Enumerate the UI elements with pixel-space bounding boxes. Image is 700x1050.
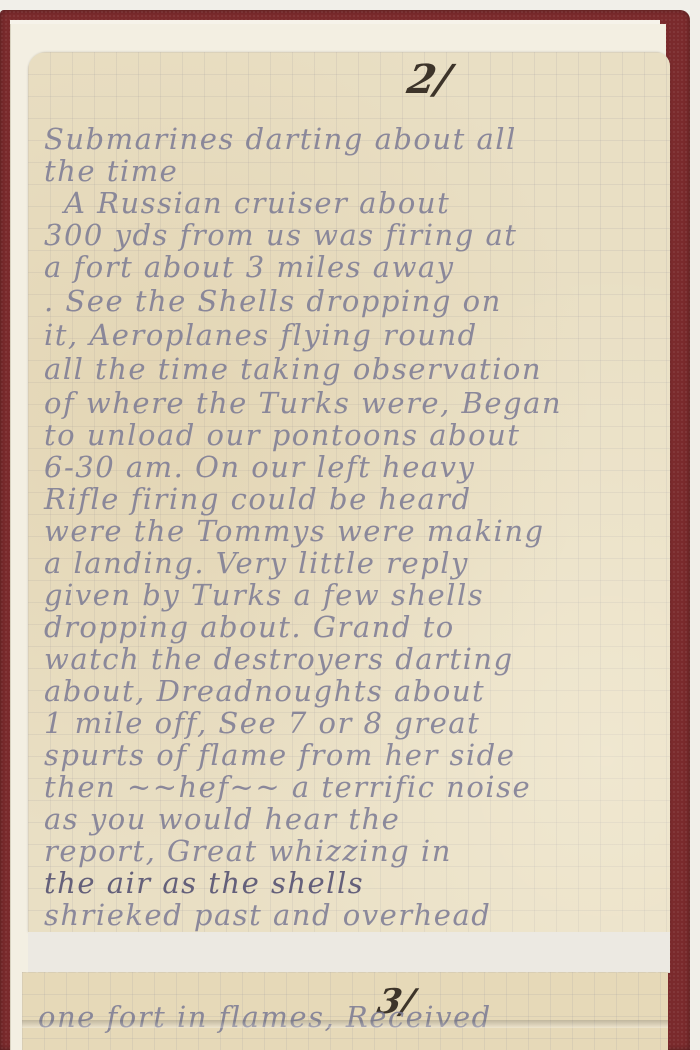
diary-line: Submarines darting about all (44, 122, 660, 156)
diary-line: then ~~hef~~ a terrific noise (44, 770, 660, 804)
diary-line: were the Tommys were making (44, 514, 660, 548)
diary-line: 1 mile off, See 7 or 8 great (44, 706, 660, 740)
diary-line: about, Dreadnoughts about (44, 674, 660, 708)
diary-page-3: 3/ one fort in flames, Received (22, 972, 668, 1050)
diary-line: it, Aeroplanes flying round (44, 318, 660, 352)
diary-line: the air as the shells (44, 866, 660, 900)
diary-line: shrieked past and overhead (44, 898, 660, 932)
diary-line: given by Turks a few shells (44, 578, 660, 612)
diary-line: dropping about. Grand to (44, 610, 660, 644)
diary-line: watch the destroyers darting (44, 642, 660, 676)
diary-line: all the time taking observation (44, 352, 660, 386)
diary-page-2: 2/ Submarines darting about all the time… (28, 52, 670, 932)
perforated-edge (22, 972, 668, 976)
diary-line: a landing. Very little reply (44, 546, 660, 580)
diary-line: as you would hear the (44, 802, 660, 836)
diary-line: . See the Shells dropping on (44, 284, 660, 318)
page-fold (22, 1020, 668, 1028)
diary-line: Rifle firing could be heard (44, 482, 660, 516)
diary-line: spurts of flame from her side (44, 738, 660, 772)
diary-line: one fort in flames, Received (38, 1000, 658, 1034)
diary-line: the time (44, 154, 660, 188)
diary-line: 6-30 am. On our left heavy (44, 450, 660, 484)
diary-line: 300 yds from us was firing at (44, 218, 660, 252)
diary-line: a fort about 3 miles away (44, 250, 660, 284)
diary-line: A Russian cruiser about (64, 186, 660, 220)
diary-line: of where the Turks were, Began (44, 386, 660, 420)
diary-line: to unload our pontoons about (44, 418, 660, 452)
diary-line: report, Great whizzing in (44, 834, 660, 868)
page-number: 2/ (404, 56, 455, 103)
album-mount-gap (28, 932, 670, 973)
